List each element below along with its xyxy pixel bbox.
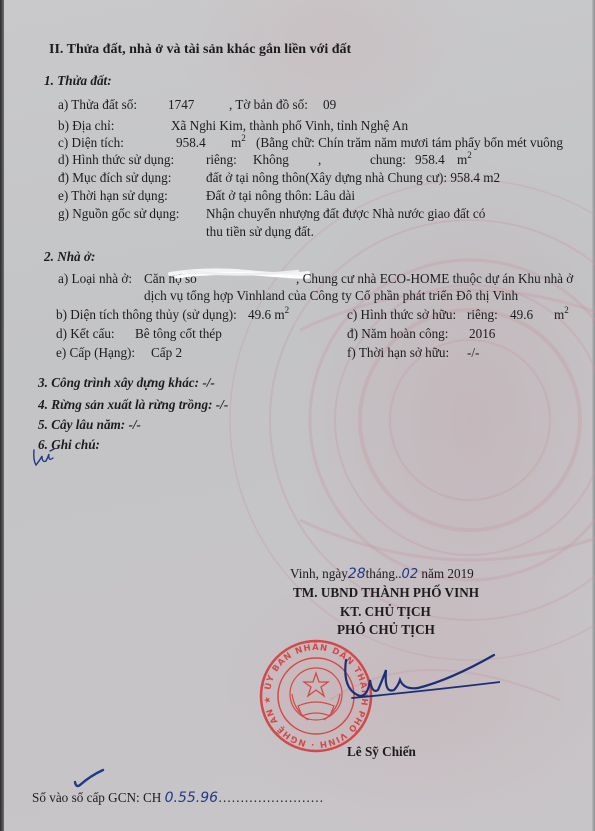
origin-line2: thu tiền sử dụng đất. [206,224,314,239]
signer-role-1: KT. CHỦ TỊCH [340,604,431,619]
house-heading: 2. Nhà ở: [44,249,95,264]
grade-label: e) Cấp (Hạng): [56,345,135,360]
origin-label: g) Nguồn gốc sử dụng: [58,206,179,221]
shared-label: chung: [370,152,406,167]
ownership-unit: m2 [554,307,569,322]
shared-value: 958.4 [415,152,445,167]
ownership-term-value: -/- [467,345,479,360]
origin-line1: Nhận chuyển nhượng đất được Nhà nước gia… [206,206,485,221]
purpose-label: đ) Mục đích sử dụng: [58,170,171,185]
floor-area-value: 49.6 m2 [248,307,289,322]
handwritten-initials-notes [30,448,56,468]
parcel-label: a) Thửa đất số: [58,97,137,112]
signing-organization: TM. UBND THÀNH PHỐ VINH [293,585,479,600]
term-label: e) Thời hạn sử dụng: [58,188,168,203]
completion-label: đ) Năm hoàn công: [347,326,448,341]
address-label: b) Địa chỉ: [58,118,114,133]
ownership-term-label: f) Thời hạn sở hữu: [347,345,449,360]
parcel-number: 1747 [168,97,194,112]
planted-forest: 4. Rừng sản xuất là rừng trồng: -/- [38,397,228,412]
private-value: Không [253,152,289,167]
comma: , [318,152,321,167]
section-title: II. Thửa đất, nhà ở và tài sản khác gắn … [49,42,351,57]
shared-unit: m2 [457,152,472,167]
place-date: Vinh, ngày28tháng..02 năm 2019 [290,566,474,582]
purpose-value: đất ở tại nông thôn(Xây dựng nhà Chung c… [206,170,500,185]
area-in-words: (Bằng chữ: Chín trăm năm mươi tám phẩy b… [256,135,563,150]
grade-value: Cấp 2 [151,345,182,360]
area-unit: m2 [231,135,246,150]
ownership-private-label: riêng: [467,307,498,322]
page-left-edge [0,0,4,831]
completion-year: 2016 [469,326,495,341]
redaction-smear [168,268,310,280]
usage-form-label: d) Hình thức sử dụng: [58,152,174,167]
signer-role-2: PHÓ CHỦ TỊCH [337,622,435,637]
map-sheet-label: , Tờ bản đồ số: [229,97,308,112]
area-value: 958.4 [176,135,206,150]
certificate-register-number: Số vào sổ cấp GCN: CH 0.55.96…………………… [32,790,324,806]
ownership-label: c) Hình thức sở hữu: [347,307,456,322]
ownership-private-value: 49.6 [510,307,533,322]
private-label: riêng: [206,152,237,167]
signature-stroke [300,650,500,720]
floor-area-label: b) Diện tích thông thủy (sử dụng): [56,307,237,322]
area-label: c) Diện tích: [58,135,124,150]
other-works: 3. Công trình xây dựng khác: -/- [38,375,215,390]
perennial-trees: 5. Cây lâu năm: -/- [38,417,141,432]
structure-label: d) Kết cấu: [56,326,115,341]
house-type-label: a) Loại nhà ở: [58,271,132,286]
house-type-line1: , Chung cư nhà ECO-HOME thuộc dự án Khu … [296,271,573,286]
land-heading: 1. Thửa đất: [44,73,112,88]
map-sheet-number: 09 [323,97,336,112]
structure-value: Bê tông cốt thép [135,326,222,341]
house-type-line2: dịch vụ tổng hợp Vinhland của Công ty Cổ… [144,288,518,303]
address-value: Xã Nghi Kim, thành phố Vinh, tỉnh Nghệ A… [171,118,408,133]
handwritten-check-mark [70,768,106,790]
signer-name: Lê Sỹ Chiến [347,744,416,759]
term-value: Đất ở tại nông thôn: Lâu dài [206,188,355,203]
